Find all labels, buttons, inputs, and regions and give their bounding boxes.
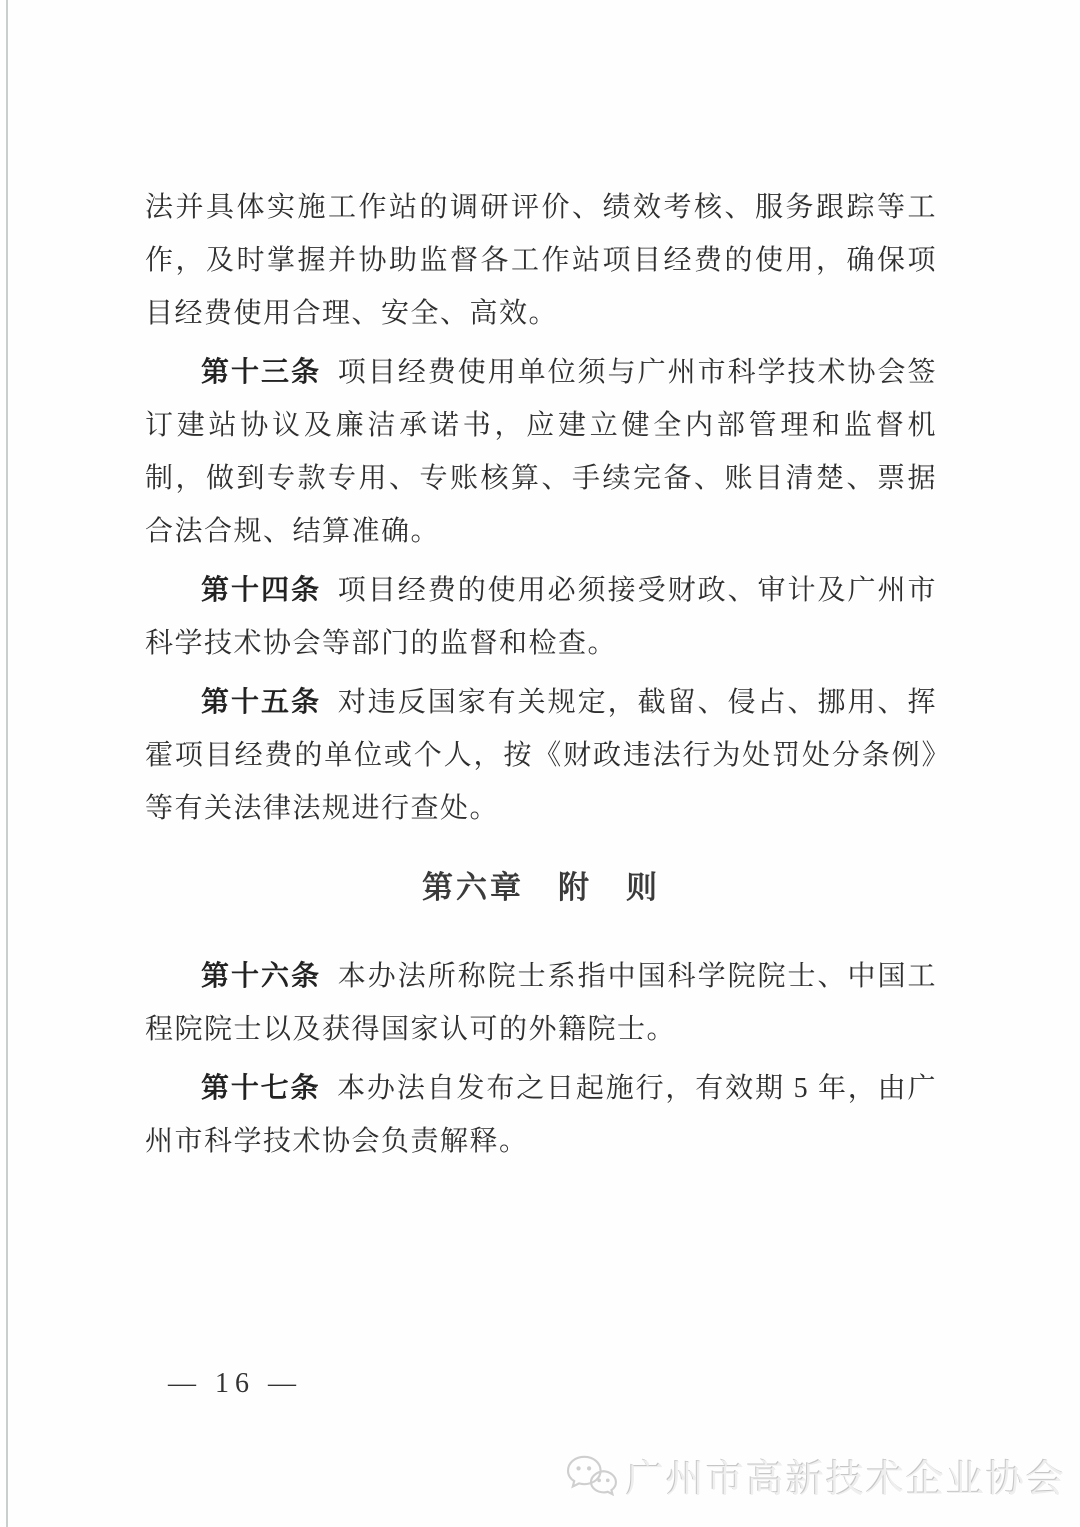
watermark-text: 广州市高新技术企业协会 (626, 1448, 1066, 1503)
article-label: 第十七条 (201, 1073, 320, 1104)
article-label: 第十四条 (201, 575, 321, 606)
paragraph-text: 法并具体实施工作站的调研评价、绩效考核、服务跟踪等工作，及时掌握并协助监督各工作… (145, 192, 937, 329)
page-number: — 16 — (168, 1368, 302, 1400)
article-label: 第十六条 (201, 961, 321, 992)
article-paragraph-14: 第十四条项目经费的使用必须接受财政、审计及广州市科学技术协会等部门的监督和检查。 (145, 564, 937, 670)
page-left-edge-line (6, 0, 8, 1527)
body-paragraph-continued: 法并具体实施工作站的调研评价、绩效考核、服务跟踪等工作，及时掌握并协助监督各工作… (145, 181, 937, 340)
article-label: 第十五条 (201, 687, 321, 718)
article-label: 第十三条 (201, 357, 321, 388)
wechat-icon (564, 1453, 618, 1499)
article-paragraph-15: 第十五条对违反国家有关规定，截留、侵占、挪用、挥霍项目经费的单位或个人，按《财政… (145, 676, 937, 835)
article-paragraph-17: 第十七条本办法自发布之日起施行，有效期 5 年，由广州市科学技术协会负责解释。 (145, 1062, 937, 1168)
article-paragraph-16: 第十六条本办法所称院士系指中国科学院院士、中国工程院院士以及获得国家认可的外籍院… (145, 950, 937, 1056)
document-body: 法并具体实施工作站的调研评价、绩效考核、服务跟踪等工作，及时掌握并协助监督各工作… (145, 181, 937, 1174)
article-paragraph-13: 第十三条项目经费使用单位须与广州市科学技术协会签订建站协议及廉洁承诺书，应建立健… (145, 346, 937, 558)
watermark: 广州市高新技术企业协会 (564, 1448, 1066, 1503)
chapter-heading: 第六章 附 则 (145, 861, 937, 914)
